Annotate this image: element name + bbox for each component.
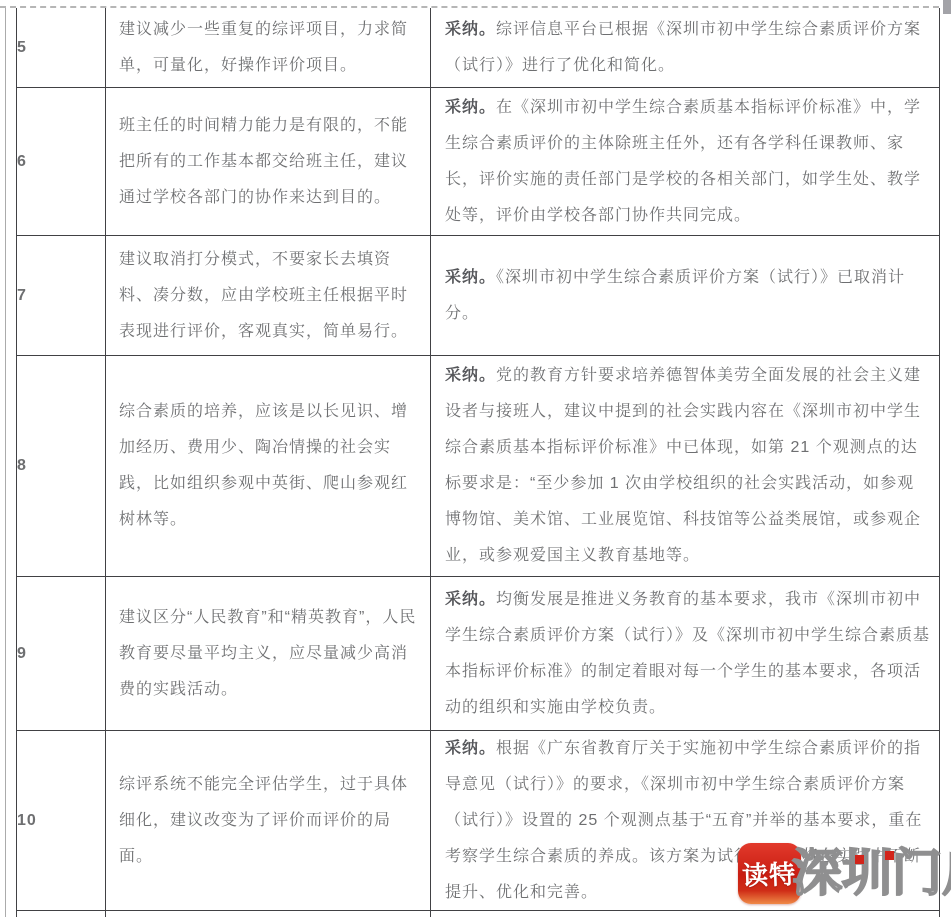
table-row: 8 综合素质的培养，应该是以长见识、增加经历、费用少、陶冶情操的社会实践，比如组… <box>17 356 939 577</box>
reply-text: 党的教育方针要求培养德智体美劳全面发展的社会主义建设者与接班人，建议中提到的社会… <box>445 367 921 564</box>
suggestion-text: 综评系统不能完全评估学生，过于具体细化，建议改变为了评价而评价的局面。 <box>119 767 421 875</box>
row-number: 10 <box>17 803 105 839</box>
page-edge-line <box>5 8 6 917</box>
suggestion-cell: 建议取消打分模式，不要家长去填资料、凑分数，应由学校班主任根据平时表现进行评价，… <box>106 236 431 356</box>
suggestion-cell: 建议区分“人民教育”和“精英教育”，人民教育要尽量平均主义，应尽量减少高消费的实… <box>106 577 431 731</box>
suggestion-text: 综合素质的培养，应该是以长见识、增加经历、费用少、陶冶情操的社会实践，比如组织参… <box>119 394 421 538</box>
row-number-cell: 9 <box>17 577 106 731</box>
document-page: 5 建议减少一些重复的综评项目，力求简单，可量化，好操作评价项目。 采纳。综评信… <box>0 0 951 917</box>
reply-adopted-label: 采纳。 <box>445 99 496 116</box>
reply-cell: 采纳。党的教育方针要求培养德智体美劳全面发展的社会主义建设者与接班人，建议中提到… <box>431 356 940 577</box>
suggestion-text: 建议取消打分模式，不要家长去填资料、凑分数，应由学校班主任根据平时表现进行评价，… <box>119 242 421 350</box>
reply-text: 《深圳市初中学生综合素质评价方案（试行）》已取消计分。 <box>445 269 905 322</box>
reply-cell: 采纳。在《深圳市初中学生综合素质基本指标评价标准》中，学生综合素质评价的主体除班… <box>431 88 940 236</box>
row-number: 6 <box>17 144 105 180</box>
scrollbar-fragment[interactable] <box>943 0 951 14</box>
table-row: 5 建议减少一些重复的综评项目，力求简单，可量化，好操作评价项目。 采纳。综评信… <box>17 8 939 88</box>
table-row: 7 建议取消打分模式，不要家长去填资料、凑分数，应由学校班主任根据平时表现进行评… <box>17 236 939 356</box>
reply-text: 根据《广东省教育厅关于实施初中学生综合素质评价的指导意见（试行）》的要求，《深圳… <box>445 740 922 901</box>
reply-text: 综评信息平台已根据《深圳市初中学生综合素质评价方案（试行）》进行了优化和简化。 <box>445 21 921 74</box>
row-number: 5 <box>17 30 105 66</box>
suggestion-reply-table: 5 建议减少一些重复的综评项目，力求简单，可量化，好操作评价项目。 采纳。综评信… <box>16 8 939 917</box>
suggestion-text: 建议减少一些重复的综评项目，力求简单，可量化，好操作评价项目。 <box>119 12 421 84</box>
reply-adopted-label: 采纳。 <box>445 21 496 38</box>
row-number-cell: 6 <box>17 88 106 236</box>
row-number: 7 <box>17 278 105 314</box>
reply-adopted-label: 采纳。 <box>445 591 496 608</box>
row-number: 8 <box>17 448 105 484</box>
row-number-cell: 7 <box>17 236 106 356</box>
table-row: 6 班主任的时间精力能力是有限的，不能把所有的工作基本都交给班主任，建议通过学校… <box>17 88 939 236</box>
reply-adopted-label: 采纳。 <box>445 367 496 384</box>
reply-cell: 采纳。《深圳市初中学生综合素质评价方案（试行）》已取消计分。 <box>431 236 940 356</box>
suggestion-cell: 综合素质的培养，应该是以长见识、增加经历、费用少、陶冶情操的社会实践，比如组织参… <box>106 356 431 577</box>
reply-text: 在《深圳市初中学生综合素质基本指标评价标准》中，学生综合素质评价的主体除班主任外… <box>445 99 921 224</box>
row-number-cell: 10 <box>17 731 106 911</box>
row-number-cell: 8 <box>17 356 106 577</box>
row-number-cell: 5 <box>17 8 106 88</box>
reply-cell: 采纳。均衡发展是推进义务教育的基本要求，我市《深圳市初中学生综合素质评价方案（试… <box>431 577 940 731</box>
reply-adopted-label: 采纳。 <box>445 740 496 757</box>
table-row-partial <box>17 911 939 917</box>
reply-adopted-label: 采纳。 <box>445 269 496 286</box>
reply-cell: 采纳。综评信息平台已根据《深圳市初中学生综合素质评价方案（试行）》进行了优化和简… <box>431 8 940 88</box>
suggestion-text: 班主任的时间精力能力是有限的，不能把所有的工作基本都交给班主任，建议通过学校各部… <box>119 108 421 216</box>
suggestion-cell: 建议减少一些重复的综评项目，力求简单，可量化，好操作评价项目。 <box>106 8 431 88</box>
suggestion-cell: 班主任的时间精力能力是有限的，不能把所有的工作基本都交给班主任，建议通过学校各部… <box>106 88 431 236</box>
suggestion-cell: 综评系统不能完全评估学生，过于具体细化，建议改变为了评价而评价的局面。 <box>106 731 431 911</box>
suggestion-text: 建议区分“人民教育”和“精英教育”，人民教育要尽量平均主义，应尽量减少高消费的实… <box>119 600 421 708</box>
table-row: 10 综评系统不能完全评估学生，过于具体细化，建议改变为了评价而评价的局面。 采… <box>17 731 939 911</box>
row-number: 9 <box>17 636 105 672</box>
reply-text: 均衡发展是推进义务教育的基本要求，我市《深圳市初中学生综合素质评价方案（试行）》… <box>445 591 930 716</box>
reply-cell: 采纳。根据《广东省教育厅关于实施初中学生综合素质评价的指导意见（试行）》的要求，… <box>431 731 940 911</box>
table-row: 9 建议区分“人民教育”和“精英教育”，人民教育要尽量平均主义，应尽量减少高消费… <box>17 577 939 731</box>
